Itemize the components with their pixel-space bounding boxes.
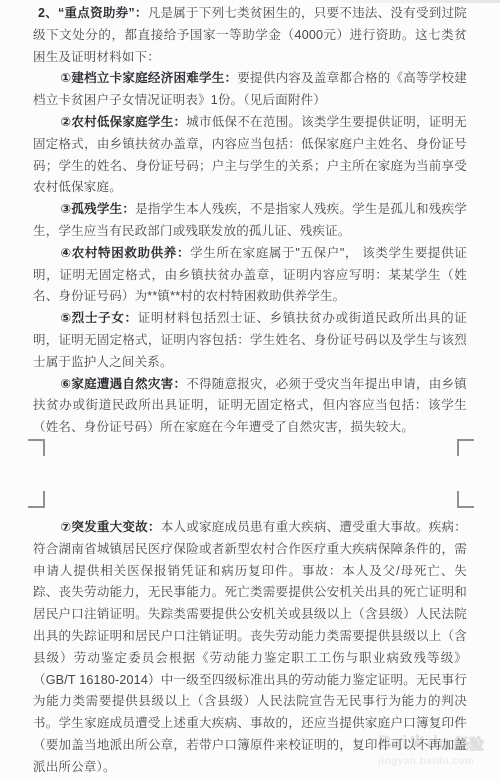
clause-4-label: ④农村特困救助供养： bbox=[61, 246, 191, 260]
page2-top-left-corner-mark-icon bbox=[28, 491, 45, 508]
intro-paragraph: 2、“重点资助券”：凡是属于下列七类贫困生的，只要不违法、没有受到过院级下文处分… bbox=[33, 3, 467, 68]
clause-2-paragraph: ②农村低保家庭学生：城市低保不在范围。该类学生要提供证明，证明无固定格式，由乡镇… bbox=[33, 112, 467, 199]
clause-2-label: ②农村低保家庭学生： bbox=[61, 115, 187, 129]
document-page-1: 2、“重点资助券”：凡是属于下列七类贫困生的，只要不违法、没有受到过院级下文处分… bbox=[33, 3, 467, 439]
clause-5-label: ⑤烈士子女： bbox=[61, 311, 138, 325]
clause-1-label: ①建档立卡家庭经济困难学生： bbox=[61, 71, 238, 85]
document-page-2: ⑦突发重大变故：本人或家庭成员患有重大疾病、遭受重大事故。疾病：符合湖南省城镇居… bbox=[33, 517, 467, 779]
page2-top-right-corner-mark-icon bbox=[457, 491, 474, 508]
clause-3-paragraph: ③孤残学生：是指学生本人残疾，不是指家人残疾。学生是孤儿和残疾学生，学生应当有民… bbox=[33, 199, 467, 243]
clause-7-label: ⑦突发重大变故： bbox=[61, 520, 161, 534]
clause-4-paragraph: ④农村特困救助供养：学生所在家庭属于"五保户"， 该类学生要提供证明，证明无固定… bbox=[33, 243, 467, 308]
clause-7-text: 本人或家庭成员患有重大疾病、遭受重大事故。疾病：符合湖南省城镇居民医疗保险或者新… bbox=[33, 520, 467, 774]
clause-6-paragraph: ⑥家庭遭遇自然灾害：不得随意报灾，必须于受灾当年提出申请，由乡镇扶贫办或街道民政… bbox=[33, 374, 467, 439]
page1-bottom-right-corner-mark-icon bbox=[457, 439, 474, 456]
clause-3-label: ③孤残学生： bbox=[61, 202, 136, 216]
clause-6-label: ⑥家庭遭遇自然灾害： bbox=[61, 377, 187, 391]
intro-lead-label: 2、“重点资助券”： bbox=[38, 6, 148, 20]
clause-5-paragraph: ⑤烈士子女：证明材料包括烈士证、乡镇扶贫办或街道民政所出具的证明，证明无固定格式… bbox=[33, 308, 467, 373]
clause-1-paragraph: ①建档立卡家庭经济困难学生：要提供内容及盖章都合格的《高等学校建档立卡贫困户子女… bbox=[33, 68, 467, 112]
page-break-gap bbox=[0, 439, 500, 509]
page1-bottom-left-corner-mark-icon bbox=[28, 439, 45, 456]
document-body: 2、“重点资助券”：凡是属于下列七类贫困生的，只要不违法、没有受到过院级下文处分… bbox=[0, 0, 500, 779]
clause-7-paragraph: ⑦突发重大变故：本人或家庭成员患有重大疾病、遭受重大事故。疾病：符合湖南省城镇居… bbox=[33, 517, 467, 779]
